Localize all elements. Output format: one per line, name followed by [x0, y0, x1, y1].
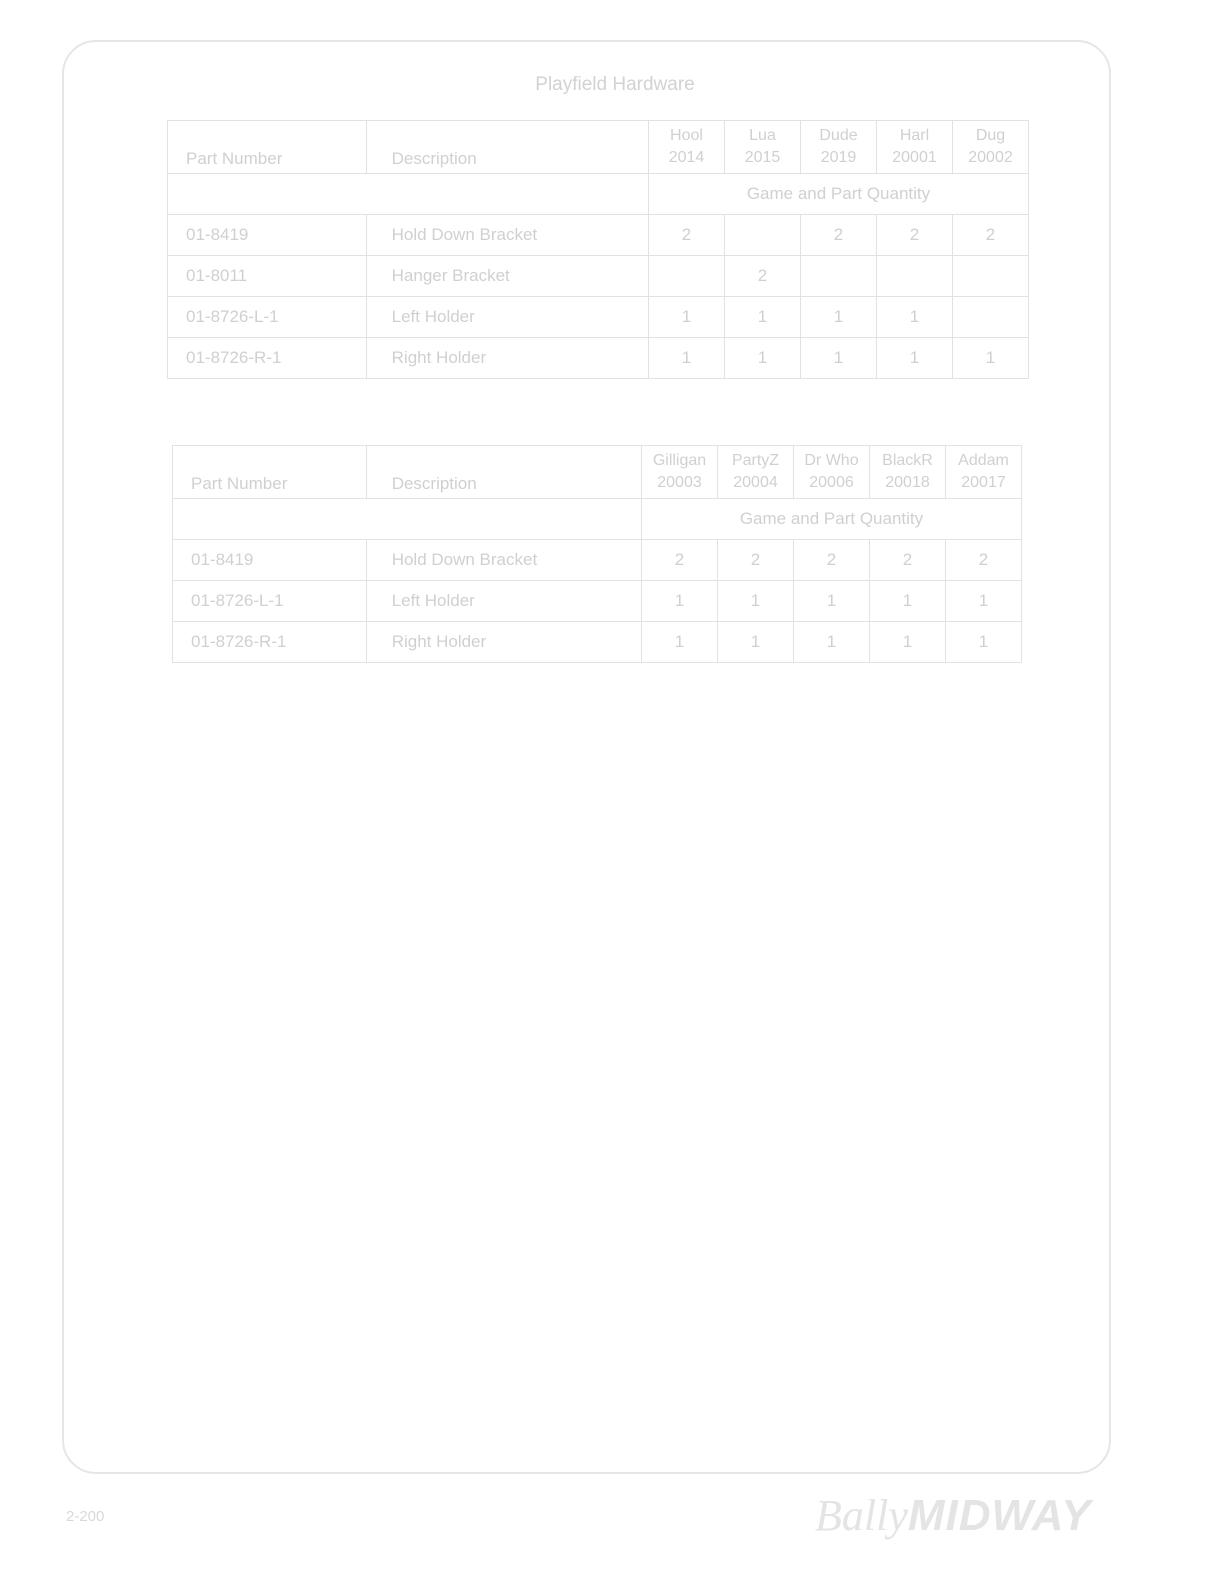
table-row: 01-8419Hold Down Bracket22222	[173, 540, 1022, 581]
part-description: Hold Down Bracket	[366, 540, 641, 581]
game-header: Hool2014	[649, 121, 725, 174]
game-header: Dug20002	[953, 121, 1029, 174]
game-header: Addam20017	[946, 446, 1022, 499]
quantity-cell: 1	[946, 622, 1022, 663]
part-description: Hanger Bracket	[366, 256, 648, 297]
quantity-cell	[953, 256, 1029, 297]
game-quantity-label: Game and Part Quantity	[642, 499, 1022, 540]
part-description: Right Holder	[366, 622, 641, 663]
quantity-cell	[649, 256, 725, 297]
logo-bally: Bally	[815, 1491, 908, 1540]
quantity-cell: 2	[642, 540, 718, 581]
game-header: Dude2019	[801, 121, 877, 174]
quantity-cell: 1	[725, 297, 801, 338]
parts-table-2: Part NumberDescriptionGilligan20003Party…	[172, 445, 1022, 663]
part-number: 01-8726-L-1	[173, 581, 367, 622]
quantity-cell: 1	[870, 622, 946, 663]
table-row: 01-8726-R-1Right Holder11111	[173, 622, 1022, 663]
part-number-header: Part Number	[173, 446, 367, 499]
quantity-cell: 2	[953, 215, 1029, 256]
table-row: 01-8726-L-1Left Holder1111	[168, 297, 1029, 338]
part-number: 01-8726-R-1	[173, 622, 367, 663]
part-number: 01-8011	[168, 256, 367, 297]
part-description: Left Holder	[366, 297, 648, 338]
part-description: Left Holder	[366, 581, 641, 622]
quantity-cell: 2	[877, 215, 953, 256]
game-header: Dr Who20006	[794, 446, 870, 499]
quantity-cell: 1	[718, 581, 794, 622]
logo-midway: MIDWAY	[908, 1491, 1092, 1540]
part-number-header: Part Number	[168, 121, 367, 174]
game-header: Harl20001	[877, 121, 953, 174]
quantity-cell: 2	[794, 540, 870, 581]
page-number: 2-200	[66, 1508, 104, 1525]
quantity-cell: 1	[649, 338, 725, 379]
span-row: Game and Part Quantity	[168, 174, 1029, 215]
quantity-cell: 1	[642, 581, 718, 622]
quantity-cell: 1	[725, 338, 801, 379]
header-row: Part NumberDescriptionGilligan20003Party…	[173, 446, 1022, 499]
part-description: Hold Down Bracket	[366, 215, 648, 256]
quantity-cell: 1	[870, 581, 946, 622]
quantity-cell: 1	[718, 622, 794, 663]
part-number: 01-8726-R-1	[168, 338, 367, 379]
quantity-cell: 2	[725, 256, 801, 297]
quantity-cell	[801, 256, 877, 297]
quantity-cell: 1	[953, 338, 1029, 379]
quantity-cell: 2	[718, 540, 794, 581]
quantity-cell: 1	[801, 297, 877, 338]
table-row: 01-8011Hanger Bracket2	[168, 256, 1029, 297]
quantity-cell	[877, 256, 953, 297]
span-row: Game and Part Quantity	[173, 499, 1022, 540]
parts-table-1: Part NumberDescriptionHool2014Lua2015Dud…	[167, 120, 1029, 379]
game-header: Lua2015	[725, 121, 801, 174]
quantity-cell: 1	[801, 338, 877, 379]
header-row: Part NumberDescriptionHool2014Lua2015Dud…	[168, 121, 1029, 174]
part-number: 01-8419	[173, 540, 367, 581]
quantity-cell: 1	[877, 338, 953, 379]
bally-midway-logo: BallyMIDWAY	[815, 1490, 1091, 1541]
quantity-cell: 1	[946, 581, 1022, 622]
quantity-cell: 1	[794, 581, 870, 622]
quantity-cell: 1	[642, 622, 718, 663]
page-title: Playfield Hardware	[0, 74, 1230, 96]
quantity-cell: 2	[946, 540, 1022, 581]
document-page: Playfield Hardware Part NumberDescriptio…	[0, 0, 1230, 1589]
quantity-cell: 2	[801, 215, 877, 256]
quantity-cell	[725, 215, 801, 256]
description-header: Description	[366, 446, 641, 499]
table-row: 01-8726-L-1Left Holder11111	[173, 581, 1022, 622]
table-row: 01-8419Hold Down Bracket2222	[168, 215, 1029, 256]
part-number: 01-8419	[168, 215, 367, 256]
game-header: Gilligan20003	[642, 446, 718, 499]
quantity-cell: 1	[649, 297, 725, 338]
quantity-cell: 2	[870, 540, 946, 581]
game-quantity-label: Game and Part Quantity	[649, 174, 1029, 215]
part-number: 01-8726-L-1	[168, 297, 367, 338]
quantity-cell: 1	[794, 622, 870, 663]
quantity-cell: 1	[877, 297, 953, 338]
quantity-cell: 2	[649, 215, 725, 256]
game-header: PartyZ20004	[718, 446, 794, 499]
description-header: Description	[366, 121, 648, 174]
table-row: 01-8726-R-1Right Holder11111	[168, 338, 1029, 379]
game-header: BlackR20018	[870, 446, 946, 499]
part-description: Right Holder	[366, 338, 648, 379]
quantity-cell	[953, 297, 1029, 338]
